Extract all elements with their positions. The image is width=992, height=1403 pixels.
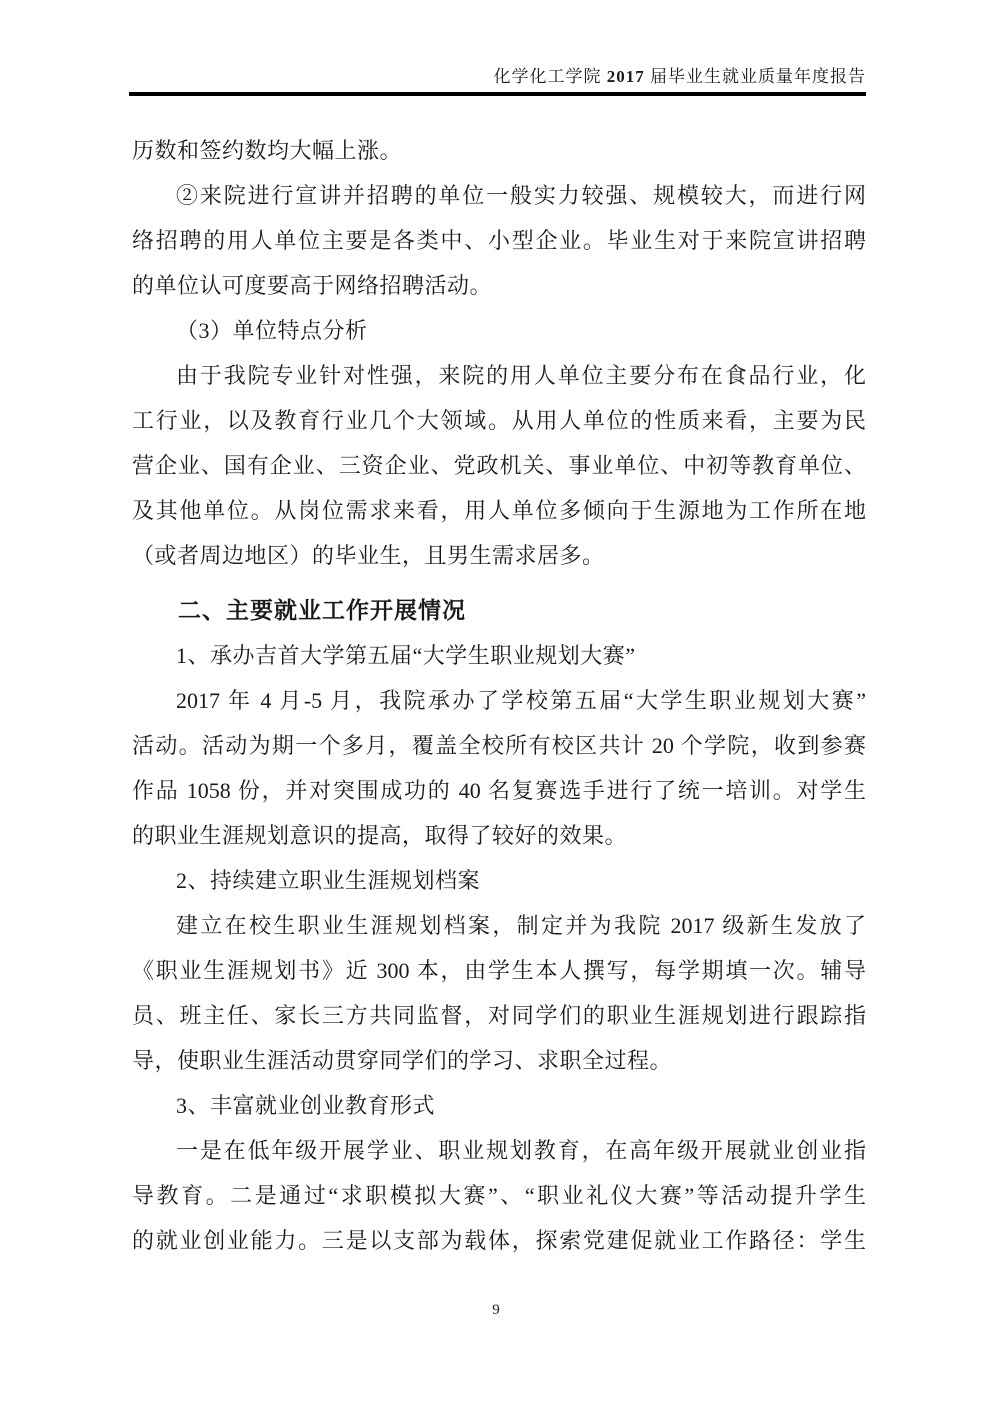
body-text: 历数和签约数均大幅上涨。 ②来院进行宣讲并招聘的单位一般实力较强、规模较大，而进… <box>132 128 866 1263</box>
body-line: 历数和签约数均大幅上涨。 <box>132 128 866 173</box>
body-line: 导，使职业生涯活动贯穿同学们的学习、求职全过程。 <box>132 1038 866 1083</box>
running-header-college: 化学化工学院 <box>494 67 607 86</box>
section-heading: 二、主要就业工作开展情况 <box>132 588 866 633</box>
sub-heading: 3、丰富就业创业教育形式 <box>132 1083 866 1128</box>
running-header-year: 2017 <box>607 67 645 86</box>
body-line: 及其他单位。从岗位需求来看，用人单位多倾向于生源地为工作所在地 <box>132 488 866 533</box>
page-number: 9 <box>0 1300 992 1320</box>
body-line: 络招聘的用人单位主要是各类中、小型企业。毕业生对于来院宣讲招聘 <box>132 218 866 263</box>
body-line: 导教育。二是通过“求职模拟大赛”、“职业礼仪大赛”等活动提升学生 <box>132 1173 866 1218</box>
header-rule <box>129 92 866 96</box>
sub-heading: （3）单位特点分析 <box>132 308 866 353</box>
body-line: 营企业、国有企业、三资企业、党政机关、事业单位、中初等教育单位、 <box>132 443 866 488</box>
running-header-title: 届毕业生就业质量年度报告 <box>645 67 866 86</box>
document-page: 化学化工学院 2017 届毕业生就业质量年度报告 历数和签约数均大幅上涨。 ②来… <box>0 0 992 1403</box>
body-line: 的职业生涯规划意识的提高，取得了较好的效果。 <box>132 813 866 858</box>
body-line: 一是在低年级开展学业、职业规划教育，在高年级开展就业创业指 <box>132 1128 866 1173</box>
body-line: 的就业创业能力。三是以支部为载体，探索党建促就业工作路径：学生 <box>132 1218 866 1263</box>
body-line: 2017 年 4 月-5 月，我院承办了学校第五届“大学生职业规划大赛” <box>132 678 866 723</box>
body-line: 工行业，以及教育行业几个大领域。从用人单位的性质来看，主要为民 <box>132 398 866 443</box>
body-line: 的单位认可度要高于网络招聘活动。 <box>132 263 866 308</box>
sub-heading: 1、承办吉首大学第五届“大学生职业规划大赛” <box>132 633 866 678</box>
body-line: 建立在校生职业生涯规划档案，制定并为我院 2017 级新生发放了 <box>132 903 866 948</box>
body-line: ②来院进行宣讲并招聘的单位一般实力较强、规模较大，而进行网 <box>132 173 866 218</box>
running-header: 化学化工学院 2017 届毕业生就业质量年度报告 <box>130 66 866 88</box>
body-line: 《职业生涯规划书》近 300 本，由学生本人撰写，每学期填一次。辅导 <box>132 948 866 993</box>
body-line: 作品 1058 份，并对突围成功的 40 名复赛选手进行了统一培训。对学生 <box>132 768 866 813</box>
body-line: 由于我院专业针对性强，来院的用人单位主要分布在食品行业，化 <box>132 353 866 398</box>
body-line: 活动。活动为期一个多月，覆盖全校所有校区共计 20 个学院，收到参赛 <box>132 723 866 768</box>
body-line: （或者周边地区）的毕业生，且男生需求居多。 <box>132 533 866 578</box>
sub-heading: 2、持续建立职业生涯规划档案 <box>132 858 866 903</box>
body-line: 员、班主任、家长三方共同监督，对同学们的职业生涯规划进行跟踪指 <box>132 993 866 1038</box>
